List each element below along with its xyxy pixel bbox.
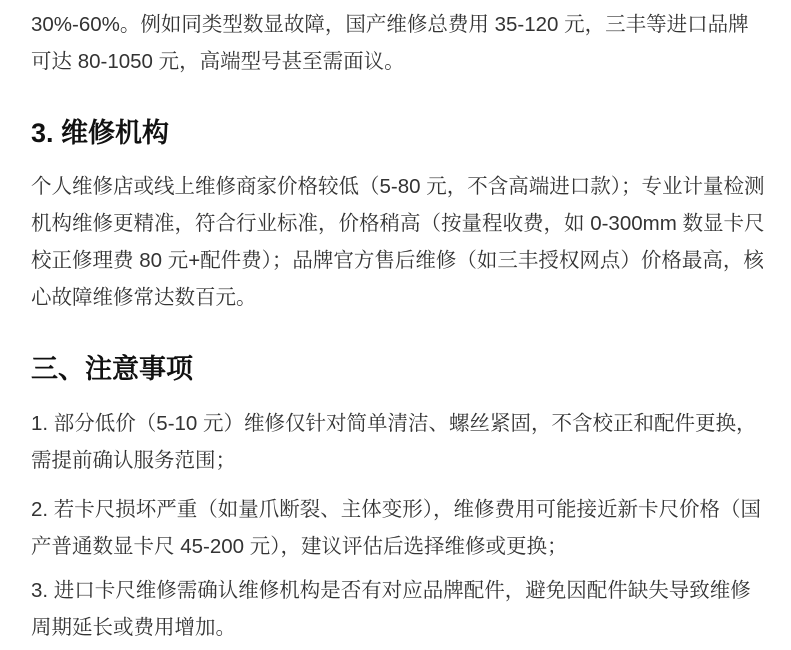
intro-paragraph-continuation: 30%-60%。例如同类型数显故障，国产维修总费用 35-120 元，三丰等进口… xyxy=(31,6,766,80)
section-heading-notes: 三、注意事项 xyxy=(31,349,193,389)
section-heading-repair-institutions: 3. 维修机构 xyxy=(31,113,169,153)
repair-institutions-paragraph: 个人维修店或线上维修商家价格较低（5-80 元，不含高端进口款）；专业计量检测机… xyxy=(31,168,766,316)
note-item-3: 3. 进口卡尺维修需确认维修机构是否有对应品牌配件，避免因配件缺失导致维修周期延… xyxy=(31,572,766,646)
note-item-1: 1. 部分低价（5-10 元）维修仅针对简单清洁、螺丝紧固，不含校正和配件更换，… xyxy=(31,405,766,479)
note-item-2: 2. 若卡尺损坏严重（如量爪断裂、主体变形），维修费用可能接近新卡尺价格（国产普… xyxy=(31,491,766,565)
